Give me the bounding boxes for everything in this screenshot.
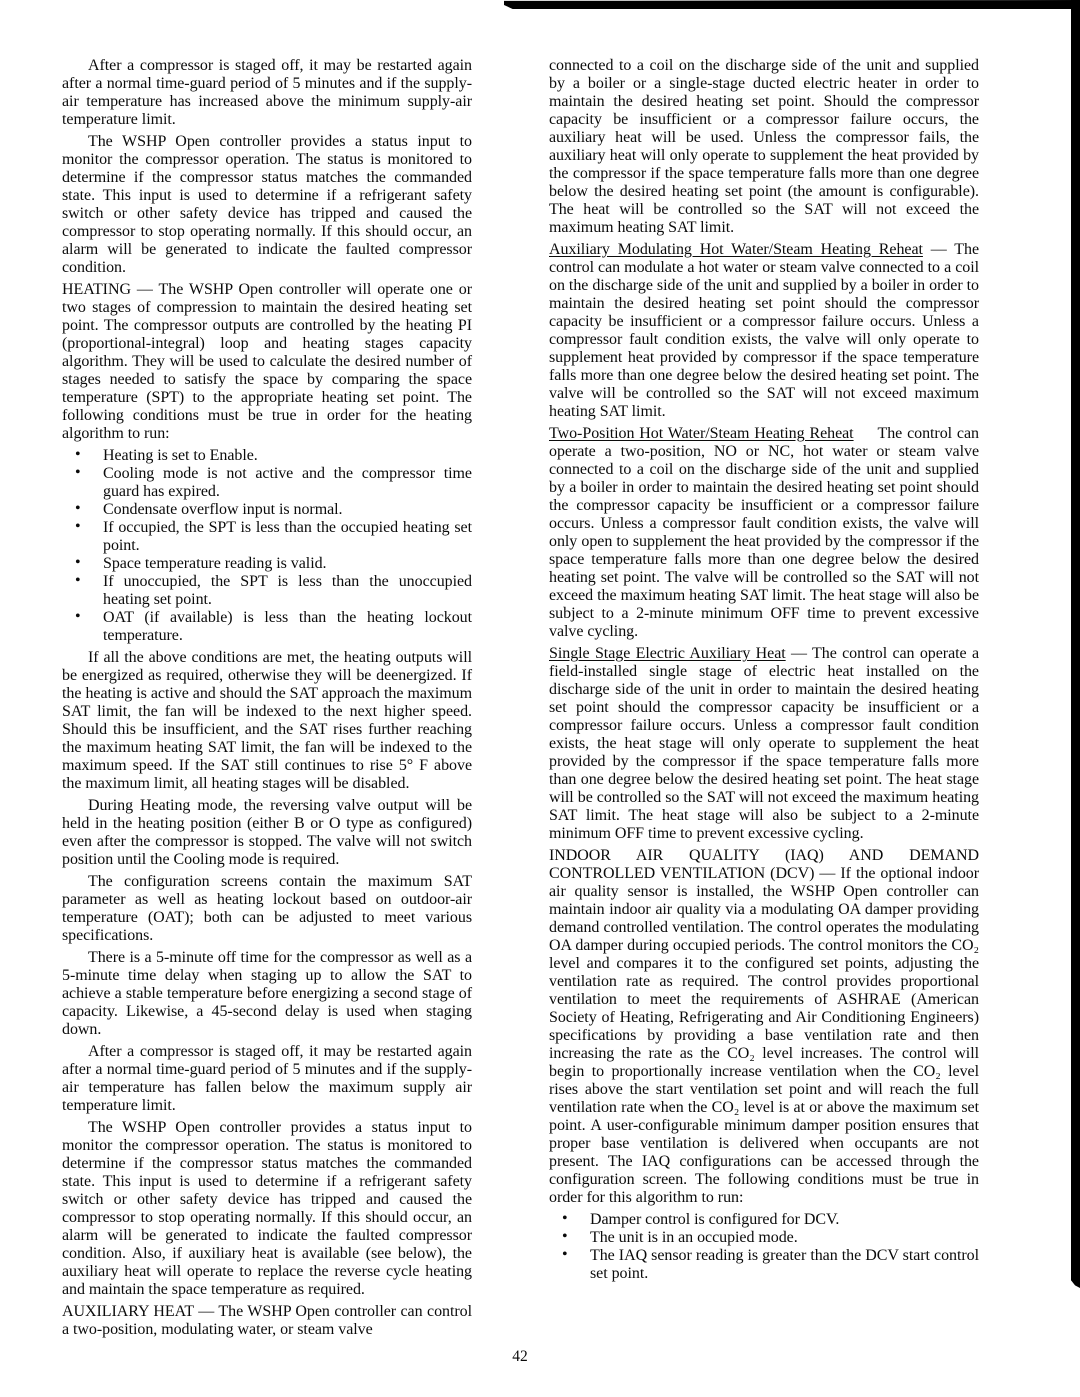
paragraph-text: The control can operate a two-position, … [549, 425, 979, 640]
bullet-item: If occupied, the SPT is less than the oc… [62, 519, 472, 555]
bullet-item: Cooling mode is not active and the compr… [62, 465, 472, 501]
underlined-subheading: Two-Position Hot Water/Steam Heating Reh… [549, 425, 854, 442]
paragraph-with-subheading: Two-Position Hot Water/Steam Heating Reh… [549, 425, 979, 641]
left-column: After a compressor is staged off, it may… [62, 57, 472, 1343]
bullet-item: OAT (if available) is less than the heat… [62, 609, 472, 645]
bullet-item: Condensate overflow input is normal. [62, 501, 472, 519]
paragraph: AUXILIARY HEAT — The WSHP Open controlle… [62, 1303, 472, 1339]
paragraph: There is a 5-minute off time for the com… [62, 949, 472, 1039]
underlined-subheading: Single Stage Electric Auxiliary Heat [549, 645, 786, 662]
document-page: After a compressor is staged off, it may… [0, 0, 1080, 1397]
bullet-list: Damper control is configured for DCV.The… [549, 1211, 979, 1283]
underlined-subheading: Auxiliary Modulating Hot Water/Steam Hea… [549, 241, 923, 258]
paragraph-with-subheading: Auxiliary Modulating Hot Water/Steam Hea… [549, 241, 979, 421]
paragraph: After a compressor is staged off, it may… [62, 1043, 472, 1115]
bullet-item: If unoccupied, the SPT is less than the … [62, 573, 472, 609]
bullet-item: The unit is in an occupied mode. [549, 1229, 979, 1247]
bullet-item: The IAQ sensor reading is greater than t… [549, 1247, 979, 1283]
page-number: 42 [0, 1348, 1040, 1366]
bullet-item: Heating is set to Enable. [62, 447, 472, 465]
paragraph: HEATING — The WSHP Open controller will … [62, 281, 472, 443]
bullet-item: Space temperature reading is valid. [62, 555, 472, 573]
paragraph: The WSHP Open controller provides a stat… [62, 133, 472, 277]
scan-artifact-top-edge [504, 0, 1080, 9]
paragraph-text: — The control can operate a field-instal… [549, 645, 979, 842]
paragraph-text: — The control can modulate a hot water o… [549, 241, 979, 420]
right-column: connected to a coil on the discharge sid… [549, 57, 979, 1287]
paragraph: During Heating mode, the reversing valve… [62, 797, 472, 869]
bullet-item: Damper control is configured for DCV. [549, 1211, 979, 1229]
paragraph: connected to a coil on the discharge sid… [549, 57, 979, 237]
paragraph: The configuration screens contain the ma… [62, 873, 472, 945]
paragraph: INDOOR AIR QUALITY (IAQ) AND DEMAND CONT… [549, 847, 979, 1207]
paragraph: The WSHP Open controller provides a stat… [62, 1119, 472, 1299]
paragraph-with-subheading: Single Stage Electric Auxiliary Heat — T… [549, 645, 979, 843]
paragraph: If all the above conditions are met, the… [62, 649, 472, 793]
bullet-list: Heating is set to Enable.Cooling mode is… [62, 447, 472, 645]
scan-artifact-right-edge [1071, 0, 1080, 1288]
paragraph: After a compressor is staged off, it may… [62, 57, 472, 129]
